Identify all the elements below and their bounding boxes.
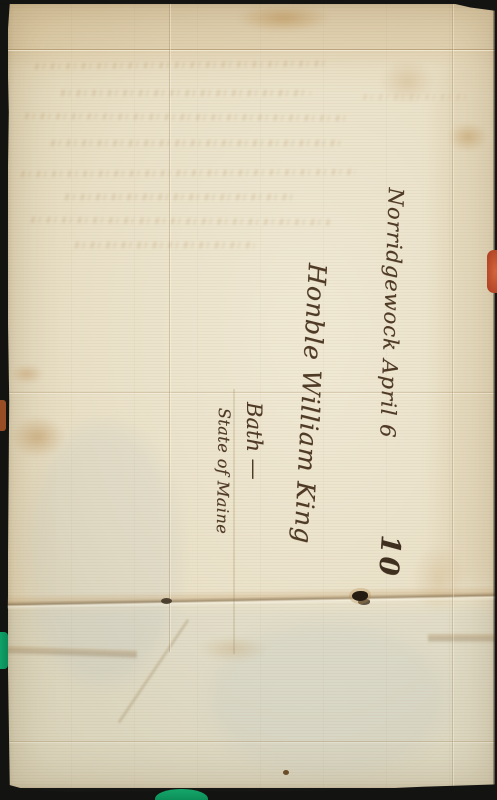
- letter-paper: Norridgewock April 6 10 Honble William K…: [8, 4, 495, 788]
- paper-tint: [438, 64, 497, 584]
- postal-rate-handwriting: 10: [371, 534, 406, 596]
- age-stain: [10, 416, 65, 458]
- bleedthrough-writing: [20, 113, 350, 121]
- age-stain: [380, 59, 435, 104]
- fold-crease-left: [2, 646, 137, 660]
- state-handwriting: State of Maine: [213, 408, 234, 548]
- green-mark-left-edge: [0, 632, 8, 669]
- paper-tint: [28, 424, 178, 684]
- fold-crease-vertical: [169, 4, 172, 652]
- age-stain: [413, 544, 463, 614]
- age-stain: [10, 364, 44, 384]
- bleedthrough-writing: [26, 217, 331, 226]
- bleedthrough-writing: [70, 242, 255, 248]
- age-stain: [236, 4, 331, 32]
- laid-paper-texture: [8, 4, 495, 788]
- age-stain: [448, 122, 488, 152]
- fold-crease-main: [0, 585, 497, 613]
- bleedthrough-writing: [16, 169, 356, 177]
- ink-speck: [283, 770, 289, 775]
- age-stain: [198, 636, 268, 662]
- orange-mark-left-edge: [0, 400, 6, 431]
- bleedthrough-writing: [56, 90, 311, 96]
- dateline-handwriting: Norridgewock April 6: [374, 187, 408, 488]
- recipient-handwriting: Honble William King: [287, 262, 332, 573]
- bleedthrough-writing: [46, 140, 341, 146]
- ink-blot: [352, 591, 368, 601]
- green-mark-bottom-edge: [155, 789, 208, 800]
- paper-tint: [208, 624, 448, 774]
- fold-crease-right: [428, 634, 497, 643]
- bleedthrough-writing: [30, 60, 330, 69]
- bleedthrough-writing: [60, 194, 295, 200]
- scanned-letter-canvas: Norridgewock April 6 10 Honble William K…: [0, 0, 497, 800]
- fold-crease-diagonal: [118, 619, 189, 723]
- ink-blot: [161, 598, 172, 604]
- town-handwriting: Bath —: [242, 402, 266, 492]
- fold-crease-vertical: [452, 4, 455, 788]
- fold-crease-top: [8, 49, 495, 52]
- fold-crease-middle: [8, 392, 495, 394]
- fold-crease-bottom: [8, 741, 495, 743]
- bleedthrough-writing: [358, 94, 468, 100]
